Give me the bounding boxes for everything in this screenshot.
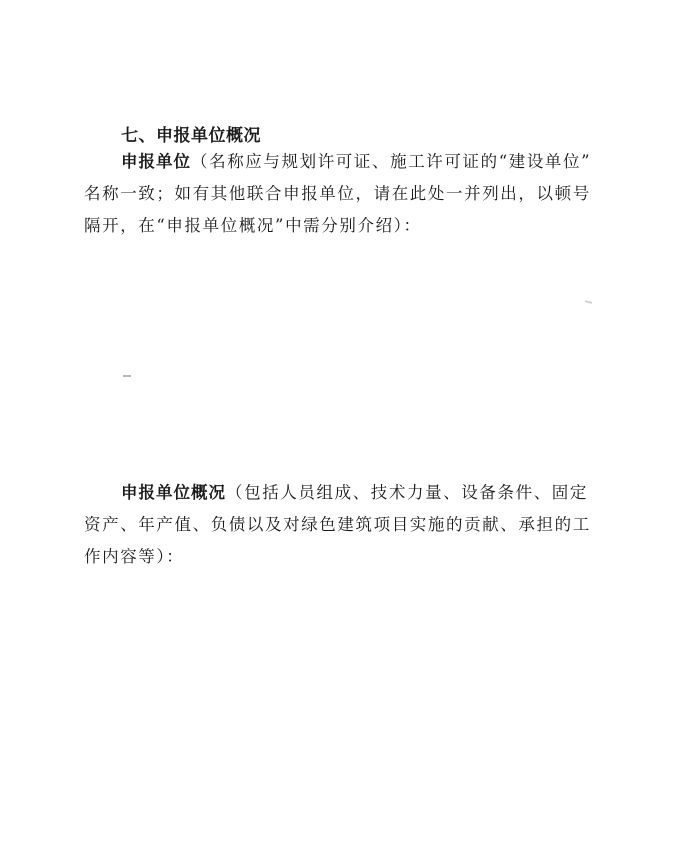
- applicant-overview-instructions: 申报单位概况（包括人员组成、技术力量、设备条件、固定 资产、年产值、负债以及对绿…: [84, 477, 589, 573]
- applicant-overview-label: 申报单位概况: [121, 483, 226, 502]
- applicant-unit-answer-area: [84, 250, 589, 460]
- instruction-text: （名称应与规划许可证、施工许可证的“建设单位”: [191, 152, 591, 171]
- scan-artifact: [123, 375, 131, 377]
- applicant-unit-line-1: 申报单位（名称应与规划许可证、施工许可证的“建设单位”: [84, 146, 589, 178]
- applicant-overview-line-1: 申报单位概况（包括人员组成、技术力量、设备条件、固定: [84, 477, 589, 509]
- applicant-unit-instructions: 申报单位（名称应与规划许可证、施工许可证的“建设单位” 名称一致；如有其他联合申…: [84, 146, 589, 242]
- applicant-unit-line-3: 隔开，在“申报单位概况”中需分别介绍）：: [84, 210, 589, 242]
- section-heading: 七、申报单位概况: [121, 121, 261, 146]
- applicant-overview-line-3: 作内容等）：: [84, 541, 589, 573]
- instruction-text: （包括人员组成、技术力量、设备条件、固定: [226, 483, 588, 502]
- applicant-overview-line-2: 资产、年产值、负债以及对绿色建筑项目实施的贡献、承担的工: [84, 509, 589, 541]
- applicant-unit-line-2: 名称一致；如有其他联合申报单位，请在此处一并列出，以顿号: [84, 178, 589, 210]
- applicant-overview-answer-area: [84, 575, 589, 825]
- document-page: 七、申报单位概况 申报单位（名称应与规划许可证、施工许可证的“建设单位” 名称一…: [0, 0, 673, 843]
- applicant-unit-label: 申报单位: [121, 152, 191, 171]
